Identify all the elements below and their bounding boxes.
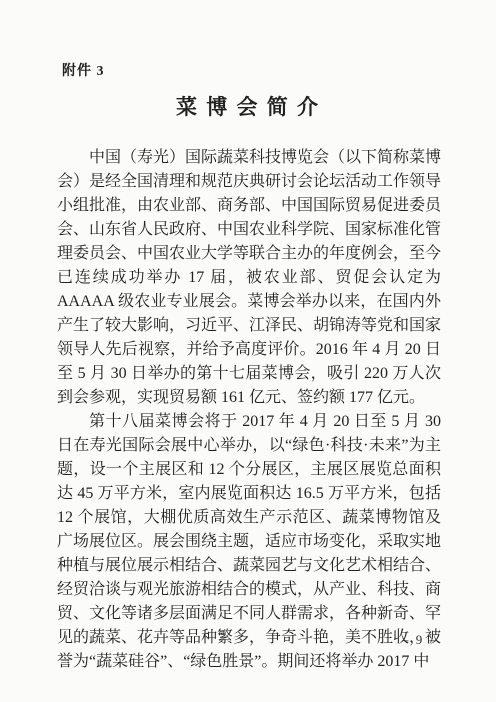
document-body: 中国（寿光）国际蔬菜科技博览会（以下简称菜博会）是经全国清理和规范庆典研讨会论坛… (57, 146, 441, 674)
document-title: 菜 博 会 简 介 (0, 91, 496, 121)
attachment-label: 附件 3 (62, 60, 105, 80)
paragraph-intro: 中国（寿光）国际蔬菜科技博览会（以下简称菜博会）是经全国清理和规范庆典研讨会论坛… (57, 146, 441, 410)
paragraph-upcoming-expo: 第十八届菜博会将于 2017 年 4 月 20 日至 5 月 30 日在寿光国际… (57, 410, 441, 674)
document-page: 附件 3 菜 博 会 简 介 中国（寿光）国际蔬菜科技博览会（以下简称菜博会）是… (0, 0, 496, 702)
page-number: – 9 – (402, 632, 438, 648)
